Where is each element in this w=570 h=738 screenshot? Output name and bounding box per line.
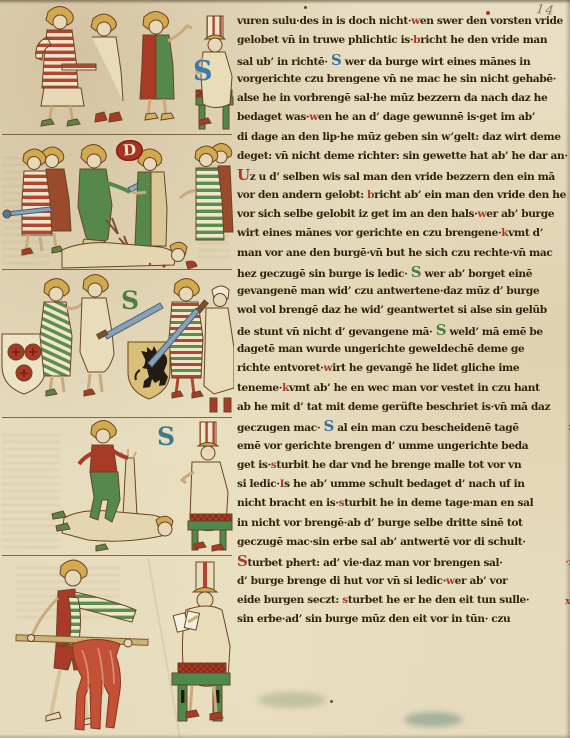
text-line: sal ub’ in richtē· S wer da burge wirt e… <box>237 51 564 70</box>
register-rule <box>2 269 232 270</box>
register-rule <box>2 417 232 418</box>
text-line: wol vol brengē daz he wid’ geantwertet s… <box>237 301 564 320</box>
text-line: de stunt vn̄ nicht d’ gevangene mā· S we… <box>237 321 564 340</box>
text-segment: man vor ane den burgē·vn̄ but he sich cz… <box>237 247 552 259</box>
text-segment: vmt ab’ he en wec man vor vestet in czu … <box>289 382 540 394</box>
text-line: dagetē man wurde ungerichte geweldechē d… <box>237 340 564 359</box>
text-segment: wirt eines mānes vor gerichte en czu bre… <box>237 227 501 239</box>
figure-assistant <box>132 149 167 246</box>
text-line: si ledic·Is he ab’ umme schult bedaget d… <box>237 475 564 494</box>
text-segment: turbet phert: ad’ vie·daz man vor brenge… <box>247 557 502 569</box>
text-segment: wol vol brengē daz he wid’ geantwertet s… <box>237 304 547 316</box>
text-segment: geczugē mac·sin erbe sal ab’ antwertē vo… <box>237 536 526 548</box>
text-segment: get is· <box>237 459 271 471</box>
text-segment: k <box>282 382 289 394</box>
text-line: geczugen mac· S al ein man czu bescheide… <box>237 417 564 436</box>
text-segment: irt he gevangē he lidet gliche ime <box>332 362 519 374</box>
miniature-hide-bearer-before-judge <box>0 558 234 738</box>
text-segment: turbit he dar vnd he brenge malle tot vo… <box>276 459 521 471</box>
text-line: Sturbet phert: ad’ vie·daz man vor breng… <box>237 552 564 571</box>
teal-stain <box>404 712 462 727</box>
text-segment: teneme· <box>237 382 282 394</box>
red-fleck <box>486 11 490 15</box>
text-segment: dagetē man wurde ungerichte geweldechē d… <box>237 343 524 355</box>
text-segment: en he an d’ dage gewunnē is·get im ab’ <box>318 111 535 123</box>
text-segment: vor den andern gelobt: <box>237 189 367 201</box>
initial-s-blue: S <box>193 56 213 87</box>
figure-seated-right <box>204 286 234 412</box>
text-segment: wer ab’ borget einē <box>421 268 532 280</box>
text-segment: w <box>411 15 420 27</box>
inline-initial: S <box>436 321 446 339</box>
photo-edge-top <box>0 0 570 4</box>
text-segment: richt he den vride man <box>420 34 547 46</box>
text-line: vor den andern gelobt: bricht ab’ ein ma… <box>237 186 564 205</box>
initial-s-green: S <box>121 286 139 315</box>
text-line: ab he mit d’ tat mit deme gerüfte beschr… <box>237 398 564 417</box>
miniature-duel-with-shields <box>0 272 234 417</box>
inline-initial: U <box>237 166 250 184</box>
text-segment: vmt d’ <box>508 227 543 239</box>
miniature-punishment-scene <box>0 138 234 269</box>
figure-witness-pair-left <box>3 147 71 255</box>
ink-fleck <box>304 6 307 9</box>
text-line: man vor ane den burgē·vn̄ but he sich cz… <box>237 244 564 263</box>
text-line: bedaget was·wen he an d’ dage gewunnē is… <box>237 108 564 127</box>
text-segment: deget: vn̄ nicht deme richter: sin gewet… <box>237 150 568 162</box>
text-segment: w <box>309 111 318 123</box>
text-line: emē vor gerichte brengen d’ umme ungeric… <box>237 437 564 456</box>
text-segment: turbit he in deme tage·man en sal <box>344 497 533 509</box>
text-segment: richte entvoret· <box>237 362 323 374</box>
text-segment: er ab’ burge <box>486 208 554 220</box>
text-segment: hez geczugē sin burge is ledic· <box>237 268 411 280</box>
inline-initial: S <box>237 552 247 570</box>
text-line: wirt eines mānes vor gerichte en czu bre… <box>237 224 564 243</box>
manuscript-page: S <box>0 0 570 738</box>
text-segment: w <box>477 208 486 220</box>
parchment-crease <box>148 558 180 738</box>
text-segment: ab he mit d’ tat mit deme gerüfte beschr… <box>237 401 550 413</box>
figure-green-striped-man <box>40 279 82 397</box>
text-line: get is·sturbit he dar vnd he brenge mall… <box>237 456 564 475</box>
text-line: vorgerichte czu brengene vn̄ ne mac he s… <box>237 70 564 89</box>
text-segment: di dage an den lip·he mūz geben sin w’ge… <box>237 131 561 143</box>
ink-fleck <box>330 700 333 703</box>
text-line: richte entvoret·wirt he gevangē he lidet… <box>237 359 564 378</box>
text-segment: in nicht vor brengē·ab d’ burge selbe dr… <box>237 517 523 529</box>
text-segment: nicht bracht en is· <box>237 497 339 509</box>
text-segment: wer da burge wirt eines mānes in <box>341 56 530 68</box>
text-segment: z u d’ selben wis sal man den vride bezz… <box>250 171 555 183</box>
register-rule <box>2 555 232 556</box>
text-line: hez geczugē sin burge is ledic· S wer ab… <box>237 263 564 282</box>
text-segment: sin erbe·ad’ sin burge mūz den eit vor i… <box>237 613 510 625</box>
text-line: gevangenē man wid’ czu antwertene·daz mū… <box>237 282 564 301</box>
text-segment: vorgerichte czu brengene vn̄ ne mac he s… <box>237 73 556 85</box>
text-segment: si ledic· <box>237 478 280 490</box>
figure-seated-judge <box>182 422 232 551</box>
text-column: vuren sulu·des in is doch nicht·wen swer… <box>237 12 564 630</box>
text-line: alse he in vorbrengē sal·he mūz bezzern … <box>237 89 564 108</box>
text-line: deget: vn̄ nicht deme richter: sin gewet… <box>237 147 564 166</box>
register-rule <box>2 134 232 135</box>
text-line: sin erbe·ad’ sin burge mūz den eit vor i… <box>237 610 564 629</box>
text-line: in nicht vor brengē·ab d’ burge selbe dr… <box>237 514 564 533</box>
text-segment: sal ub’ in richtē· <box>237 56 331 68</box>
text-segment: w <box>446 575 455 587</box>
text-segment: er ab’ vor <box>455 575 508 587</box>
figure-prone-victim <box>62 242 197 269</box>
text-segment: richt ab’ ein man den vride den he <box>374 189 566 201</box>
text-segment: w <box>323 362 332 374</box>
text-segment: vor sich selbe gelobit iz get im an den … <box>237 208 477 220</box>
text-line: eide burgen seczt: sturbet he er he den … <box>237 591 564 610</box>
text-segment: bedaget was· <box>237 111 309 123</box>
text-segment: alse he in vorbrengē sal·he mūz bezzern … <box>237 92 547 104</box>
text-segment: vuren sulu·des in is doch nicht· <box>237 15 411 27</box>
text-line: d’ burge brenge di hut vor vn̄ si ledic·… <box>237 572 564 591</box>
folio-number: 14 <box>535 2 555 19</box>
text-line: Uz u d’ selben wis sal man den vride bez… <box>237 166 564 185</box>
text-segment: weld’ mā emē be <box>446 326 543 338</box>
red-animal-hide <box>72 640 121 731</box>
text-segment: geczugen mac· <box>237 422 323 434</box>
text-segment: emē vor gerichte brengen d’ umme ungeric… <box>237 440 528 452</box>
text-line: di dage an den lip·he mūz geben sin w’ge… <box>237 128 564 147</box>
text-segment: eide burgen seczt: <box>237 594 342 606</box>
text-segment: gevangenē man wid’ czu antwertene·daz mū… <box>237 285 539 297</box>
figure-pointing-man <box>140 12 192 121</box>
text-line: geczugē mac·sin erbe sal ab’ antwertē vo… <box>237 533 564 552</box>
inline-initial: S <box>323 417 333 435</box>
miniature-corpse-before-judge <box>0 420 234 554</box>
photo-edge-right <box>565 0 570 738</box>
text-segment: al ein man czu bescheidenē tagē <box>334 422 519 434</box>
figure-witness-pair-right <box>180 144 233 241</box>
inline-initial: S <box>411 263 421 281</box>
initial-s-teal: S <box>157 422 175 451</box>
text-segment: de stunt vn̄ nicht d’ gevangene mā· <box>237 326 436 338</box>
text-line: vor sich selbe gelobit iz get im an den … <box>237 205 564 224</box>
text-segment: s he ab’ umme schult bedaget d’ nach uf … <box>284 478 524 490</box>
text-line: gelobet vn̄ in truwe phlichtic is·bricht… <box>237 31 564 50</box>
figure-seated-judge <box>172 562 230 721</box>
photo-edge-bottom <box>0 734 570 738</box>
text-segment: gelobet vn̄ in truwe phlichtic is· <box>237 34 413 46</box>
text-segment: turbet he er he den eit tun sulle· <box>348 594 529 606</box>
text-line: vuren sulu·des in is doch nicht·wen swer… <box>237 12 564 31</box>
shield-roundels <box>2 334 46 394</box>
text-line: teneme·kvmt ab’ he en wec man vor vestet… <box>237 379 564 398</box>
green-stain <box>258 692 326 708</box>
inline-initial: S <box>331 51 341 69</box>
text-segment: d’ burge brenge di hut vor vn̄ si ledic· <box>237 575 446 587</box>
text-line: nicht bracht en is·sturbit he in deme ta… <box>237 494 564 513</box>
